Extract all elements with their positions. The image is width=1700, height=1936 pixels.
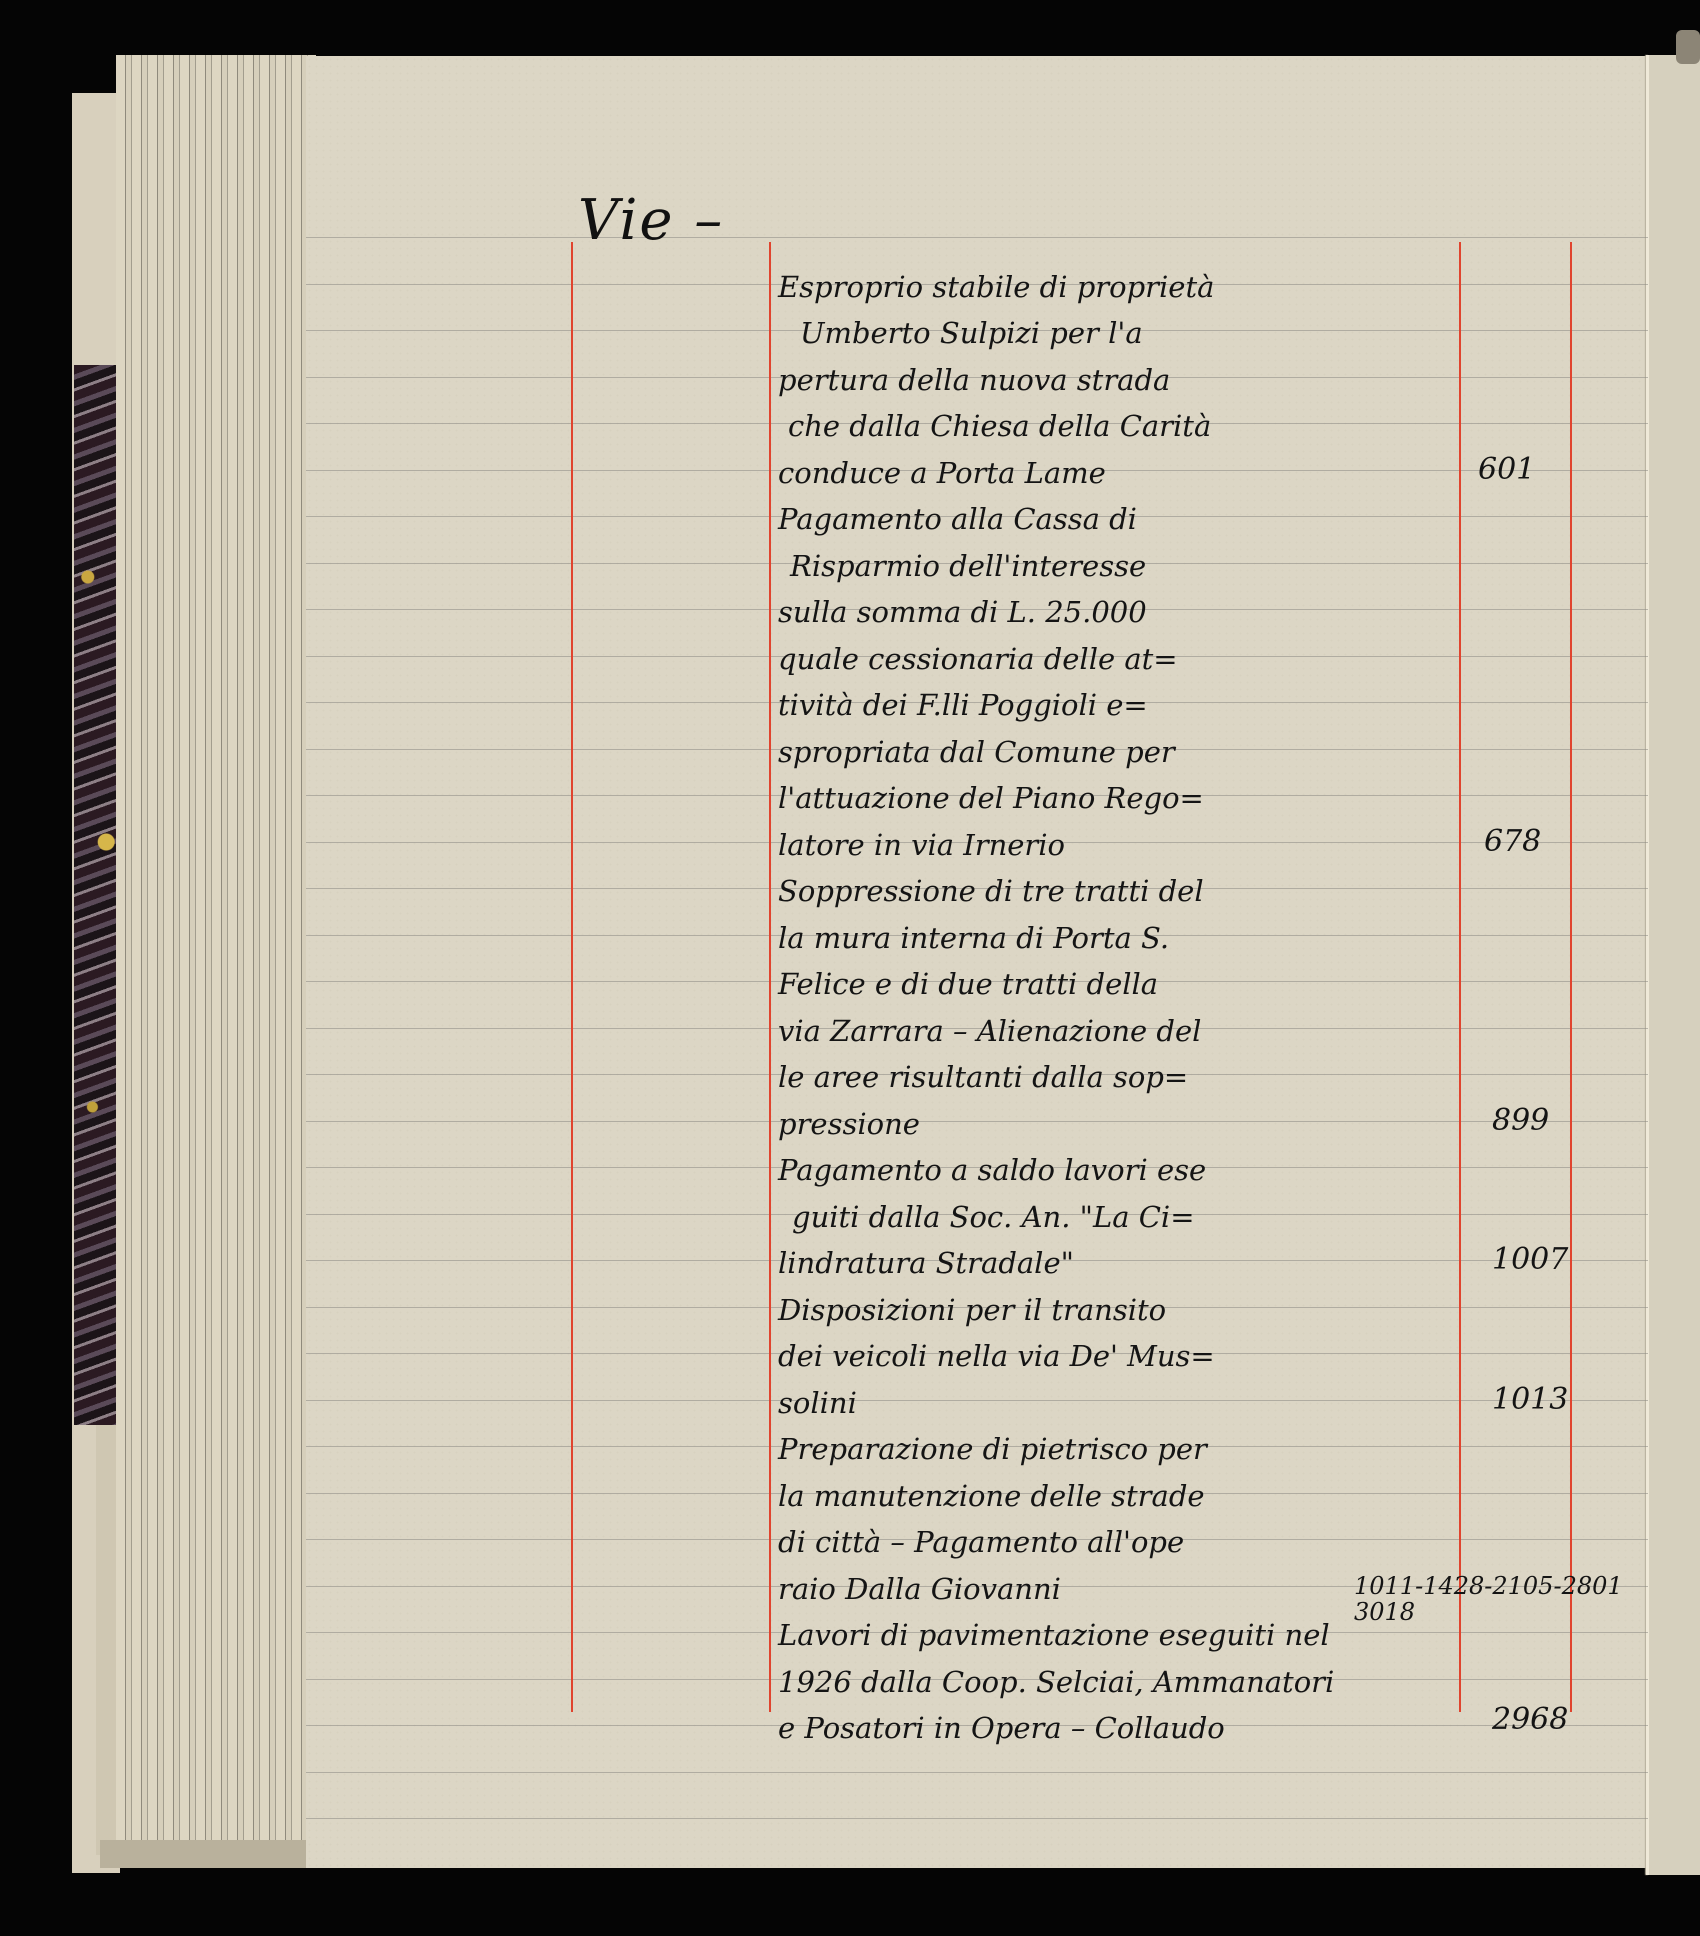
entry-6-line-2: la manutenzione delle strade	[778, 1479, 1458, 1513]
entry-1-line-1: Esproprio stabile di proprietà	[778, 270, 1458, 304]
entry-2-line-2: Risparmio dell'interesse	[790, 549, 1470, 583]
entry-1-reference: 601	[1478, 452, 1535, 487]
entry-7-reference: 2968	[1492, 1702, 1568, 1737]
entry-3-line-6: pressione	[778, 1107, 1458, 1141]
red-margin-line-left	[571, 242, 573, 1712]
page-gutter	[1646, 55, 1649, 1875]
binding-clasp	[1676, 30, 1700, 64]
entry-4-line-1: Pagamento a saldo lavori ese	[778, 1153, 1458, 1187]
entry-7-line-3: e Posatori in Opera – Collaudo	[778, 1711, 1458, 1745]
entry-3-line-5: le aree risultanti dalla sop=	[778, 1060, 1458, 1094]
entry-2-line-7: l'attuazione del Piano Rego=	[778, 781, 1458, 815]
entry-1-line-3: pertura della nuova strada	[778, 363, 1458, 397]
page-stack-edges	[116, 55, 316, 1867]
entry-7-line-2: 1926 dalla Coop. Selciai, Ammanatori	[778, 1665, 1458, 1699]
entry-3-line-2: la mura interna di Porta S.	[778, 921, 1458, 955]
entry-2-line-1: Pagamento alla Cassa di	[778, 502, 1458, 536]
entry-2-line-6: spropriata dal Comune per	[778, 735, 1458, 769]
entry-5-line-1: Disposizioni per il transito	[778, 1293, 1458, 1327]
ruled-line	[306, 1772, 1648, 1773]
entry-4-line-2: guiti dalla Soc. An. "La Ci=	[792, 1200, 1472, 1234]
red-margin-line-reference	[1459, 242, 1461, 1712]
page-stack-base	[100, 1840, 310, 1868]
entry-4-reference: 1007	[1492, 1242, 1568, 1277]
entry-2-reference: 678	[1484, 824, 1541, 859]
entry-1-line-4: che dalla Chiesa della Carità	[788, 409, 1468, 443]
ruled-line	[306, 1818, 1648, 1819]
entry-1-line-5: conduce a Porta Lame	[778, 456, 1458, 490]
entry-6-references: 1011-1428-2105-2801	[1354, 1572, 1623, 1600]
ruled-line	[306, 237, 1648, 238]
red-margin-line-description	[769, 242, 771, 1712]
section-heading: Vie –	[578, 188, 724, 253]
entry-6-line-1: Preparazione di pietrisco per	[778, 1432, 1458, 1466]
entry-3-line-1: Soppressione di tre tratti del	[778, 874, 1458, 908]
entry-2-line-4: quale cessionaria delle at=	[778, 642, 1458, 676]
red-margin-line-right	[1570, 242, 1572, 1712]
entry-2-line-3: sulla somma di L. 25.000	[778, 595, 1458, 629]
entry-3-line-4: via Zarrara – Alienazione del	[778, 1014, 1458, 1048]
entry-5-line-2: dei veicoli nella via De' Mus=	[778, 1339, 1458, 1373]
entry-5-line-3: solini	[778, 1386, 1458, 1420]
facing-page-edge	[1649, 55, 1700, 1875]
entry-4-line-3: lindratura Stradale"	[778, 1246, 1458, 1280]
entry-5-reference: 1013	[1492, 1382, 1568, 1417]
entry-2-line-5: tività dei F.lli Poggioli e=	[778, 688, 1458, 722]
entry-3-reference: 899	[1492, 1103, 1549, 1138]
entry-6-line-3: di città – Pagamento all'ope	[778, 1525, 1458, 1559]
entry-2-line-8: latore in via Irnerio	[778, 828, 1458, 862]
marbled-endpaper	[74, 365, 120, 1425]
entry-1-line-2: Umberto Sulpizi per l'a	[800, 316, 1480, 350]
entry-7-line-1: Lavori di pavimentazione eseguiti nel	[778, 1618, 1458, 1652]
entry-3-line-3: Felice e di due tratti della	[778, 967, 1458, 1001]
